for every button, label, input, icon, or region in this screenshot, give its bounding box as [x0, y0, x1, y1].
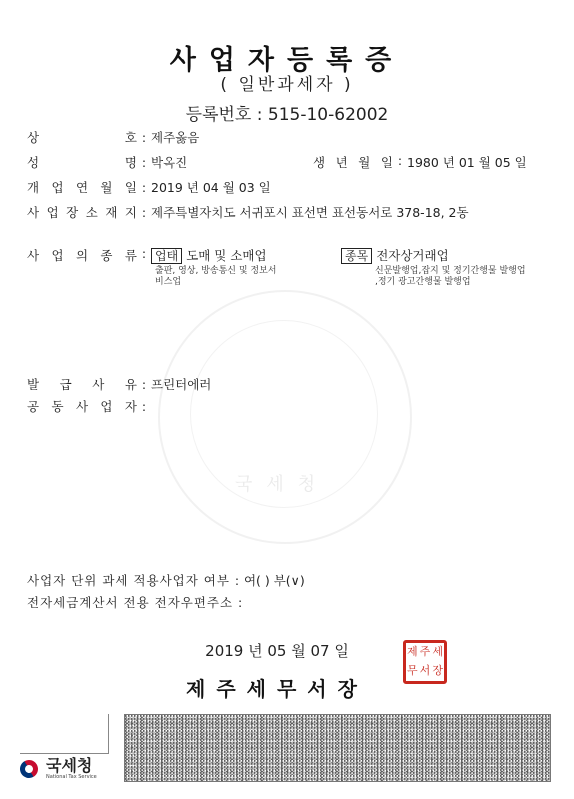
business-category: 업태도매 및 소매업 출판, 영상, 방송통신 및 정보서 비스업 [151, 246, 341, 288]
issuing-office: 제주세무서장 [0, 673, 574, 702]
official-seal: 제주세 무서장 [403, 640, 447, 684]
birth-date-value: 1980 년 01 월 05 일 [407, 153, 527, 171]
taegeuk-icon [17, 757, 42, 782]
field-co-owner: 공동사업자 : [27, 397, 151, 415]
field-label: 공동사업자 [27, 397, 137, 415]
category-label: 업태 [151, 248, 182, 264]
agency-name-en: National Tax Service [46, 774, 97, 780]
issue-date: 2019 년 05 월 07 일 [0, 640, 574, 661]
unit-taxation-label: 사업자 단위 과세 적용사업자 여부 [27, 571, 230, 589]
opening-date-value: 2019 년 04 월 03 일 [151, 178, 271, 196]
field-label: 발급사유 [27, 375, 137, 393]
field-business-address: 사업장소재지 : 제주특별자치도 서귀포시 표선면 표선동서로 378-18, … [27, 203, 469, 221]
registration-number-value: 515-10-62002 [268, 105, 388, 125]
field-label: 상호 [27, 128, 137, 146]
security-noise-pattern [124, 714, 551, 782]
e-invoice-email-label: 전자세금계산서 전용 전자우편주소 [27, 593, 233, 611]
item-label: 종목 [341, 248, 372, 264]
name-value: 박옥진 [151, 153, 187, 171]
field-opening-date: 개업연월일 : 2019 년 04 월 03 일 [27, 178, 271, 196]
field-label: 성명 [27, 153, 137, 171]
registration-number: 등록번호 : 515-10-62002 [0, 100, 574, 125]
field-business-type: 사업의종류 : 업태도매 및 소매업 출판, 영상, 방송통신 및 정보서 비스… [27, 246, 526, 288]
field-label: 사업장소재지 [27, 203, 137, 221]
issue-reason-value: 프린터에러 [151, 375, 211, 393]
item-sub: 신문발행업,잡지 및 정기간행물 발행업 ,정기 광고간행물 발행업 [375, 266, 526, 288]
registration-number-label: 등록번호 [186, 105, 252, 125]
unit-taxation-value: 여( ) 부(∨) [244, 571, 305, 589]
field-trade-name: 상호 : 제주옳음 [27, 128, 199, 146]
field-label: 개업연월일 [27, 178, 137, 196]
divider [108, 714, 109, 754]
agency-name: 국세청 [46, 758, 97, 774]
field-label: 사업의종류 [27, 246, 137, 264]
field-name: 성명 : 박옥진 [27, 153, 187, 171]
nts-logo: 국세청 National Tax Service [20, 758, 97, 780]
category-sub: 출판, 영상, 방송통신 및 정보서 비스업 [155, 266, 341, 288]
watermark-text: 국세청 [235, 470, 329, 496]
business-address-value: 제주특별자치도 서귀포시 표선면 표선동서로 378-18, 2동 [151, 203, 469, 221]
field-birth-date: 생년월일 : 1980 년 01 월 05 일 [313, 153, 527, 171]
business-item: 종목전자상거래업 신문발행업,잡지 및 정기간행물 발행업 ,정기 광고간행물 … [341, 246, 526, 288]
category-main: 도매 및 소매업 [186, 248, 266, 263]
divider [20, 753, 109, 754]
taxpayer-type: ( 일반과세자 ) [0, 70, 574, 95]
field-label: 생년월일 [313, 153, 393, 171]
trade-name-value: 제주옳음 [151, 128, 199, 146]
item-main: 전자상거래업 [376, 248, 448, 263]
field-e-invoice-email: 전자세금계산서 전용 전자우편주소 : [27, 593, 247, 611]
field-issue-reason: 발급사유 : 프린터에러 [27, 375, 211, 393]
field-unit-taxation: 사업자 단위 과세 적용사업자 여부 : 여( ) 부(∨) [27, 571, 305, 589]
